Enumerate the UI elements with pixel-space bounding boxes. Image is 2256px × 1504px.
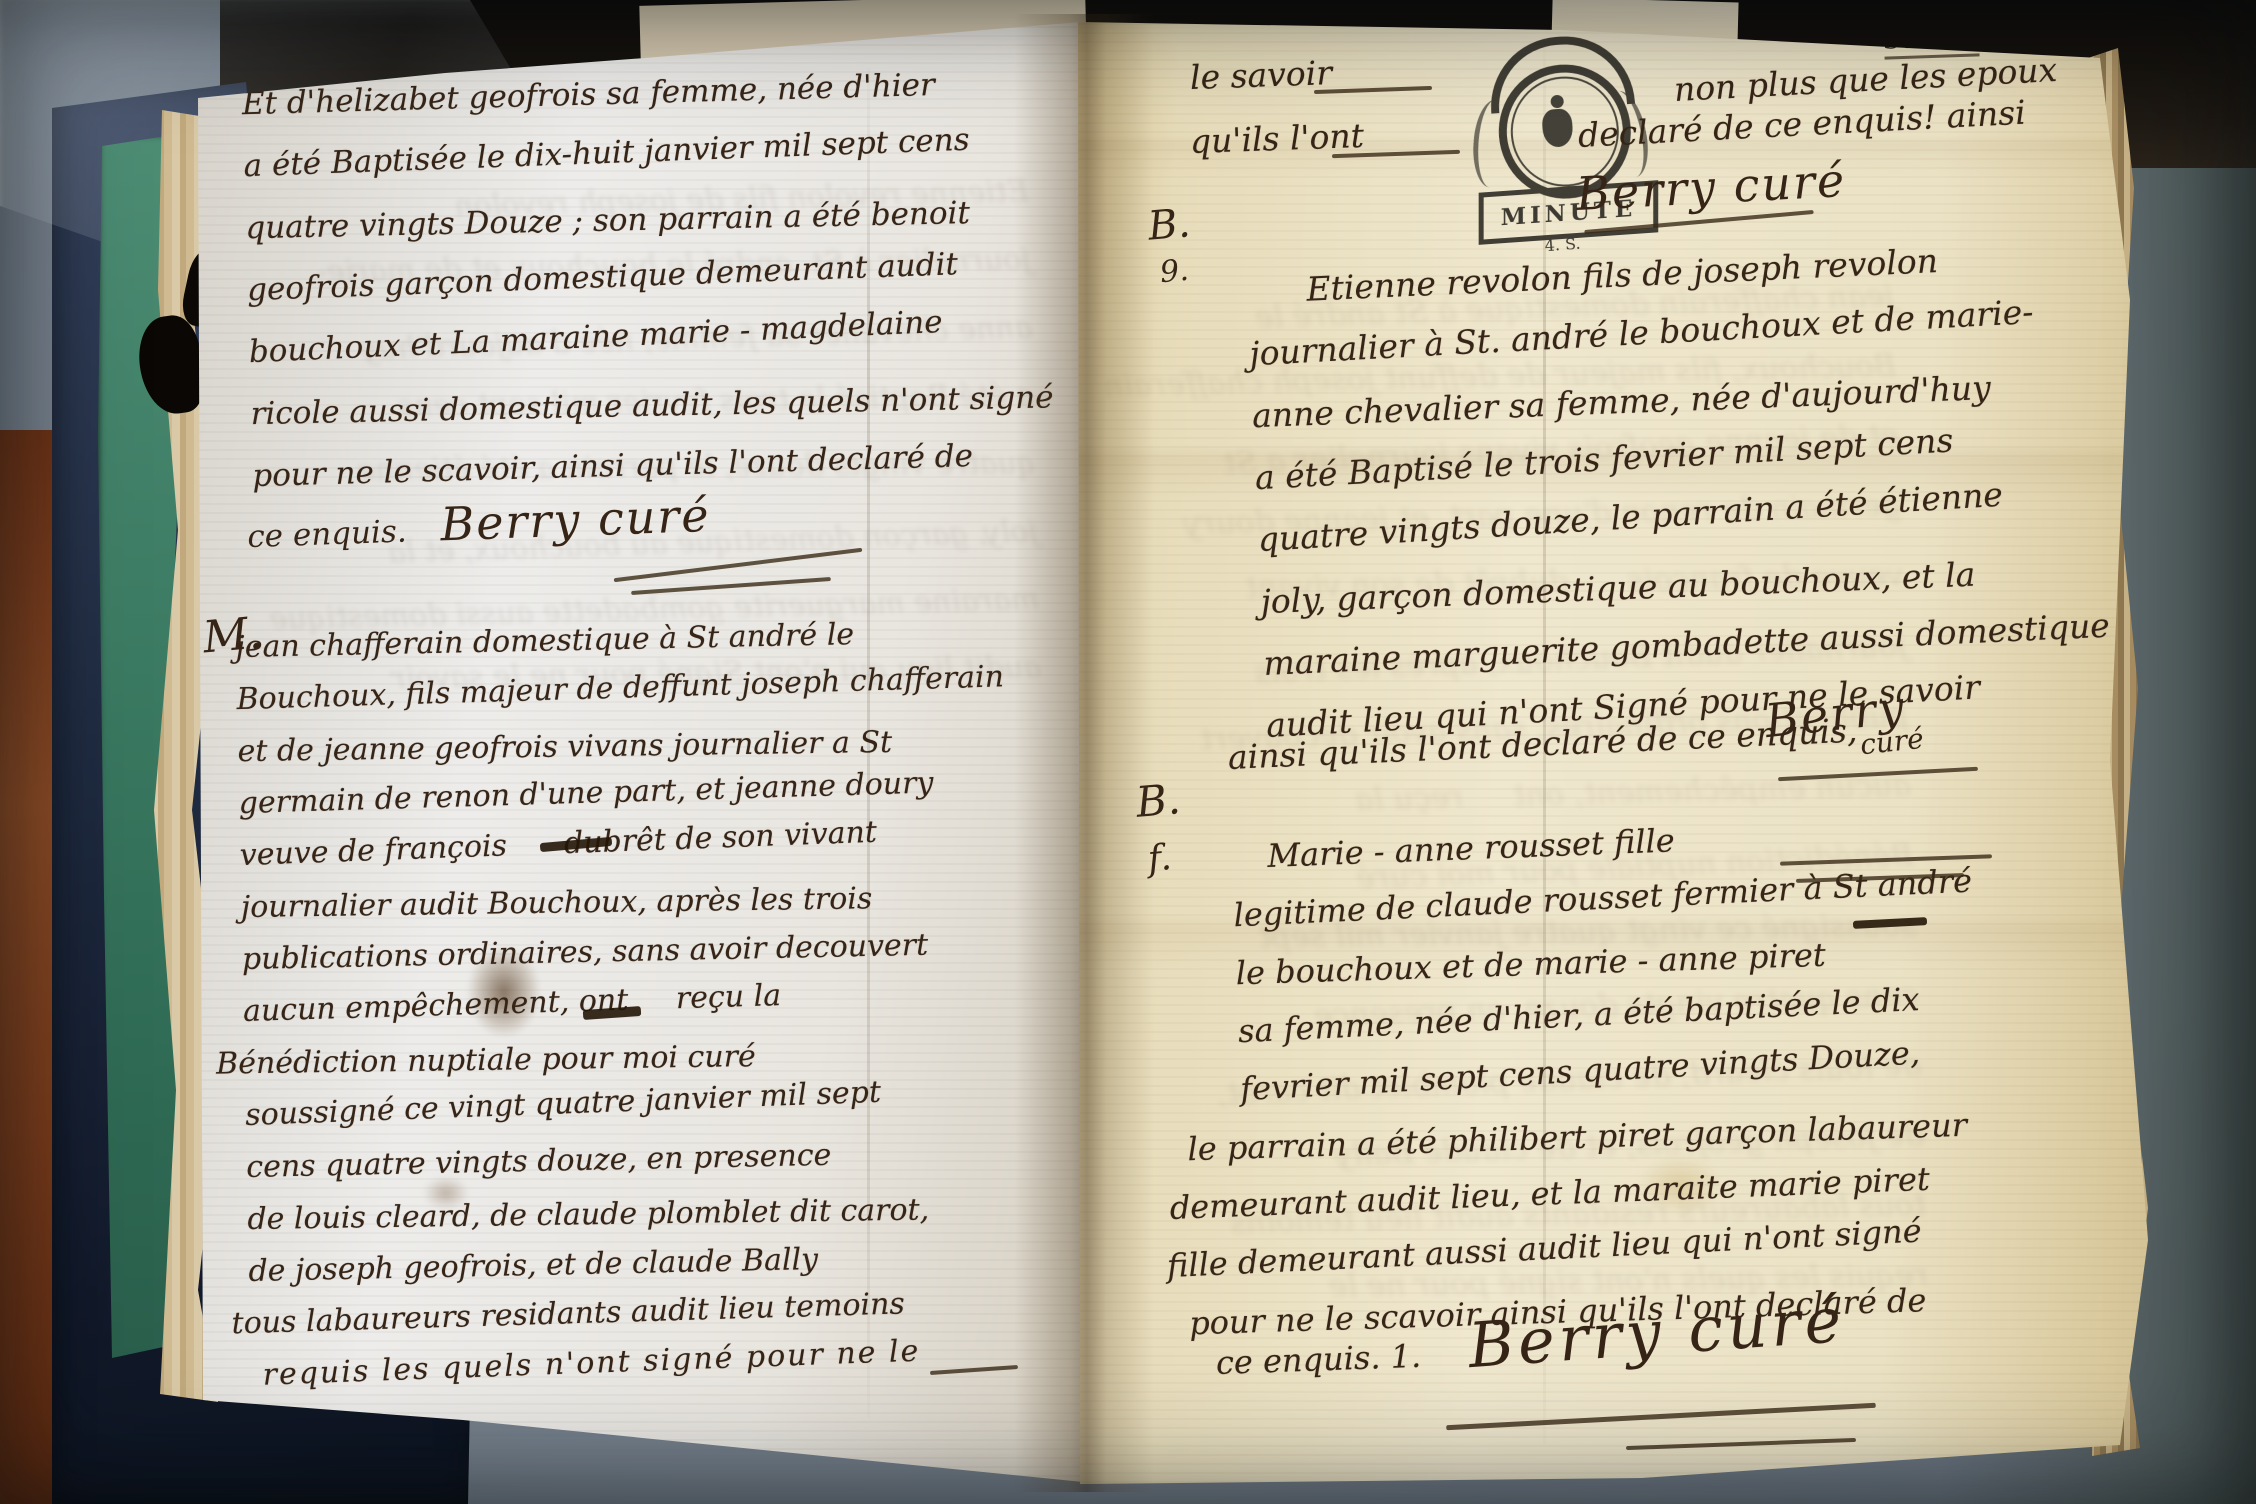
left-page: Etienne revolon fils de joseph revolonjo… [195, 18, 1083, 1486]
cure-signature: Berry curé [1762, 678, 1925, 771]
marriage-record-text: jean chafferain domestique à St andré le… [235, 606, 1019, 1402]
manuscript-photo: Etienne revolon fils de joseph revolonjo… [0, 0, 2256, 1504]
cure-signature: Berry curé [439, 488, 711, 551]
wooden-table-edge [0, 430, 54, 1504]
baptism-record-revolon: Etienne revolon fils de joseph revolonjo… [1245, 223, 2114, 757]
signature-title: curé [1858, 722, 1925, 761]
record-closing-line: ce enquis. 1. [1215, 1337, 1421, 1382]
manuscript-line: de louis cleard, de claude plomblet dit … [247, 1183, 1015, 1246]
pen-flourish [631, 577, 831, 595]
baptism-record-rousset: Marie - anne rousset fillelegitime de cl… [1230, 800, 1989, 1350]
right-page: jean chafferain domestique à St andré le… [1078, 14, 2160, 1492]
closing-words: ce enquis. [247, 514, 408, 556]
margin-number: 9. [1159, 253, 1191, 290]
pen-flourish [1626, 1438, 1856, 1450]
book-gutter-shadow [1014, 14, 1154, 1492]
manuscript-line: journalier audit Bouchoux, après les tro… [241, 871, 1009, 934]
pen-flourish [1446, 1403, 1876, 1430]
pen-flourish [1778, 767, 1978, 781]
baptism-record-text: Et d'helizabet geofrois sa femme, née d'… [241, 51, 1056, 507]
continuation-line: le savoir [1189, 53, 1332, 97]
